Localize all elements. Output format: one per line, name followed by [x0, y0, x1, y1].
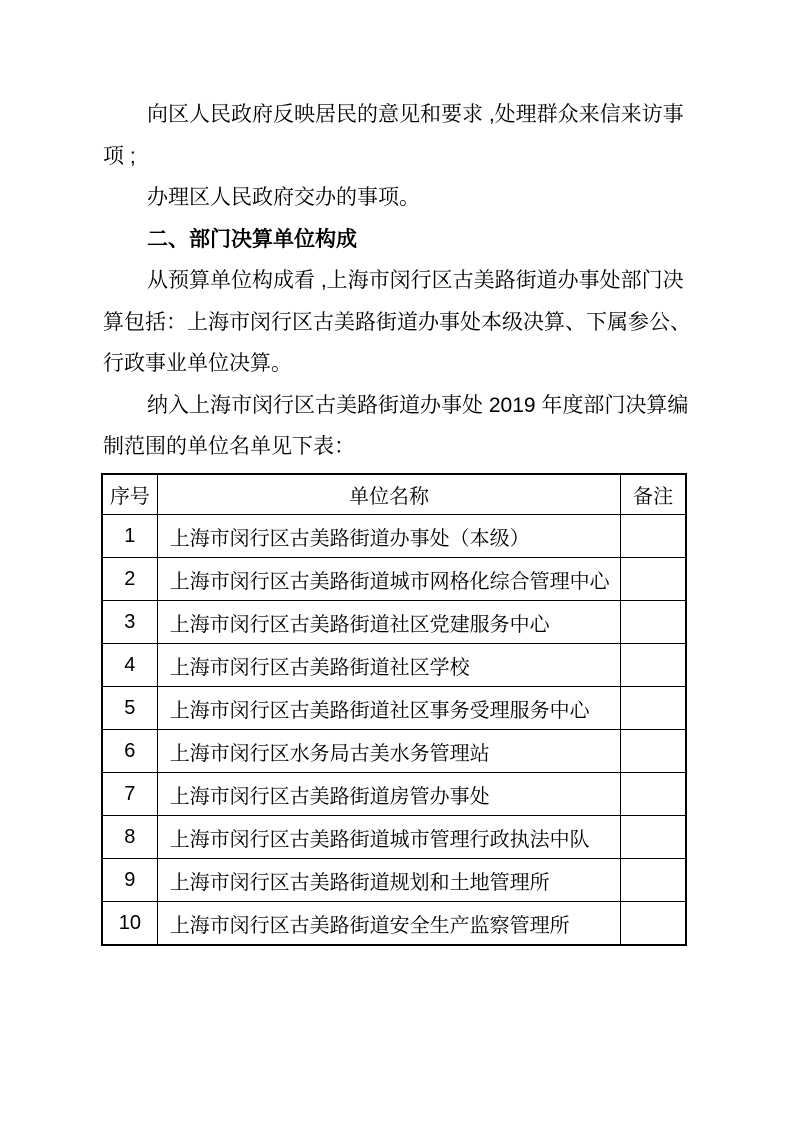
paragraph-line: 从预算单位构成看 ,上海市闵行区古美路街道办事处部门决 [103, 260, 689, 302]
table-row: 3 上海市闵行区古美路街道社区党建服务中心 [102, 601, 686, 644]
remark-cell [621, 558, 686, 601]
unit-name-cell: 上海市闵行区古美路街道房管办事处 [157, 773, 621, 816]
row-number-cell: 3 [102, 601, 157, 644]
section-heading: 二、部门决算单位构成 [103, 219, 689, 261]
unit-name-cell: 上海市闵行区古美路街道社区事务受理服务中心 [157, 687, 621, 730]
remark-cell [621, 902, 686, 946]
unit-name-cell: 上海市闵行区古美路街道城市网格化综合管理中心 [157, 558, 621, 601]
row-number-cell: 10 [102, 902, 157, 946]
row-number-cell: 8 [102, 816, 157, 859]
remark-cell [621, 601, 686, 644]
remark-cell [621, 687, 686, 730]
table-row: 4 上海市闵行区古美路街道社区学校 [102, 644, 686, 687]
unit-name-cell: 上海市闵行区古美路街道规划和土地管理所 [157, 859, 621, 902]
row-number-cell: 7 [102, 773, 157, 816]
unit-name-cell: 上海市闵行区古美路街道城市管理行政执法中队 [157, 816, 621, 859]
table-row: 9 上海市闵行区古美路街道规划和土地管理所 [102, 859, 686, 902]
unit-name-cell: 上海市闵行区古美路街道安全生产监察管理所 [157, 902, 621, 946]
table-row: 1 上海市闵行区古美路街道办事处（本级） [102, 515, 686, 558]
paragraph-line: 纳入上海市闵行区古美路街道办事处 2019 年度部门决算编 [103, 385, 689, 427]
paragraph-line: 行政事业单位决算。 [103, 343, 689, 385]
remark-cell [621, 773, 686, 816]
units-table: 序号 单位名称 备注 1 上海市闵行区古美路街道办事处（本级） 2 上海市闵行区… [101, 473, 687, 946]
header-name: 单位名称 [157, 474, 621, 515]
table-header-row: 序号 单位名称 备注 [102, 474, 686, 515]
document-body: 向区人民政府反映居民的意见和要求 ,处理群众来信来访事 项 ; 办理区人民政府交… [103, 94, 689, 468]
remark-cell [621, 515, 686, 558]
table-row: 6 上海市闵行区水务局古美水务管理站 [102, 730, 686, 773]
paragraph-line: 办理区人民政府交办的事项。 [103, 177, 689, 219]
row-number-cell: 4 [102, 644, 157, 687]
remark-cell [621, 859, 686, 902]
paragraph-line: 项 ; [103, 136, 689, 178]
header-no: 序号 [102, 474, 157, 515]
row-number-cell: 5 [102, 687, 157, 730]
remark-cell [621, 816, 686, 859]
row-number-cell: 2 [102, 558, 157, 601]
table-row: 5 上海市闵行区古美路街道社区事务受理服务中心 [102, 687, 686, 730]
table-row: 10 上海市闵行区古美路街道安全生产监察管理所 [102, 902, 686, 946]
unit-name-cell: 上海市闵行区古美路街道社区党建服务中心 [157, 601, 621, 644]
paragraph-line: 向区人民政府反映居民的意见和要求 ,处理群众来信来访事 [103, 94, 689, 136]
paragraph-line: 算包括：上海市闵行区古美路街道办事处本级决算、下属参公、 [103, 302, 689, 344]
row-number-cell: 1 [102, 515, 157, 558]
unit-name-cell: 上海市闵行区古美路街道社区学校 [157, 644, 621, 687]
table-row: 2 上海市闵行区古美路街道城市网格化综合管理中心 [102, 558, 686, 601]
row-number-cell: 6 [102, 730, 157, 773]
table-row: 7 上海市闵行区古美路街道房管办事处 [102, 773, 686, 816]
header-remark: 备注 [621, 474, 686, 515]
unit-name-cell: 上海市闵行区水务局古美水务管理站 [157, 730, 621, 773]
table-row: 8 上海市闵行区古美路街道城市管理行政执法中队 [102, 816, 686, 859]
remark-cell [621, 644, 686, 687]
unit-name-cell: 上海市闵行区古美路街道办事处（本级） [157, 515, 621, 558]
row-number-cell: 9 [102, 859, 157, 902]
document-page: 向区人民政府反映居民的意见和要求 ,处理群众来信来访事 项 ; 办理区人民政府交… [0, 0, 793, 1122]
paragraph-line: 制范围的单位名单见下表： [103, 426, 689, 468]
remark-cell [621, 730, 686, 773]
